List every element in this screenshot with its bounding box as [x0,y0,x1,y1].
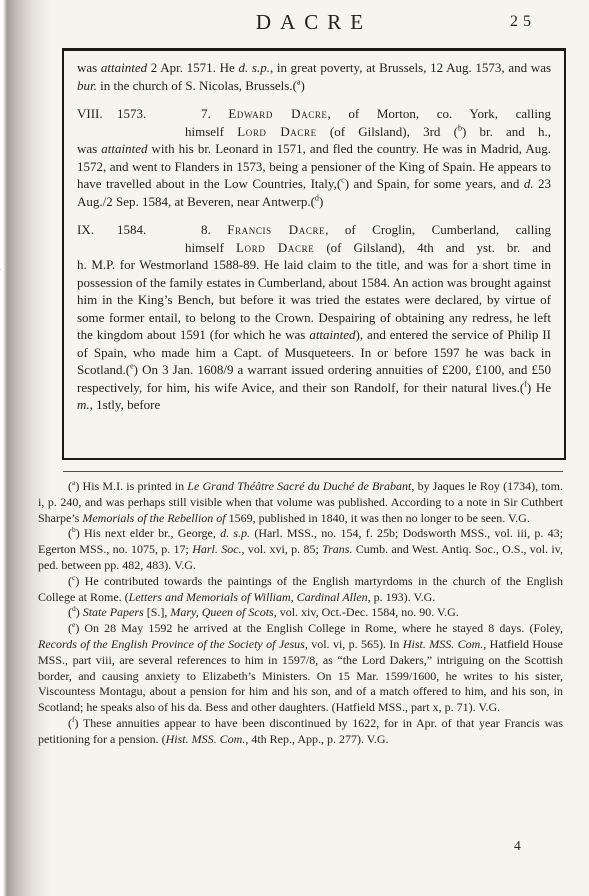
running-title: DACRE [62,10,566,35]
entry-ix-body: h. M.P. for Westmorland 1588-89. He laid… [77,256,551,414]
entry-viii-numeral: VIII. [77,105,117,123]
footnotes: (a) His M.I. is printed in Le Grand Théâ… [38,479,563,748]
footnote-d: (d) State Papers [S.], Mary, Queen of Sc… [38,605,563,621]
signature-mark: 4 [514,838,521,854]
pedigree-text-box: was attainted 2 Apr. 1571. He d. s.p., i… [62,48,566,460]
footnote-f: (f) These annuities appear to have been … [38,716,563,748]
footnote-b: (b) His next elder br., George, d. s.p. … [38,526,563,573]
entry-ix-year: 1584. [117,221,169,239]
footnote-a: (a) His M.I. is printed in Le Grand Théâ… [38,479,563,526]
entry-viii-title-line2: himself Lord Dacre (of Gilsland), 3rd (b… [185,123,551,141]
entry-viii-year: 1573. [117,105,169,123]
paragraph-continuation: was attainted 2 Apr. 1571. He d. s.p., i… [77,59,551,94]
footnote-e: (e) On 28 May 1592 he arrived at the Eng… [38,621,563,716]
entry-viii-body: was attainted with his br. Leonard in 15… [77,140,551,210]
margin-mark: › [0,260,1,278]
footnote-c: (c) He contributed towards the paintings… [38,574,563,606]
entry-ix-numeral: IX. [77,221,117,239]
entry-ix-title: 8. Francis Dacre, of Croglin, Cumberland… [201,221,551,239]
page-gutter-shadow [0,0,52,896]
entry-viii-heading: VIII. 1573. 7. Edward Dacre, of Morton, … [77,105,551,123]
entry-ix-title-line2: himself Lord Dacre (of Gilsland), 4th an… [185,239,551,257]
entry-ix: IX. 1584. 8. Francis Dacre, of Croglin, … [77,221,551,414]
entry-viii-title: 7. Edward Dacre, of Morton, co. York, ca… [201,105,551,123]
footnote-separator-rule [63,471,563,472]
entry-viii: VIII. 1573. 7. Edward Dacre, of Morton, … [77,105,551,210]
book-page: › DACRE 25 was attainted 2 Apr. 1571. He… [0,0,589,896]
page-header: DACRE 25 [62,10,566,40]
entry-ix-heading: IX. 1584. 8. Francis Dacre, of Croglin, … [77,221,551,239]
page-number: 25 [510,13,536,31]
